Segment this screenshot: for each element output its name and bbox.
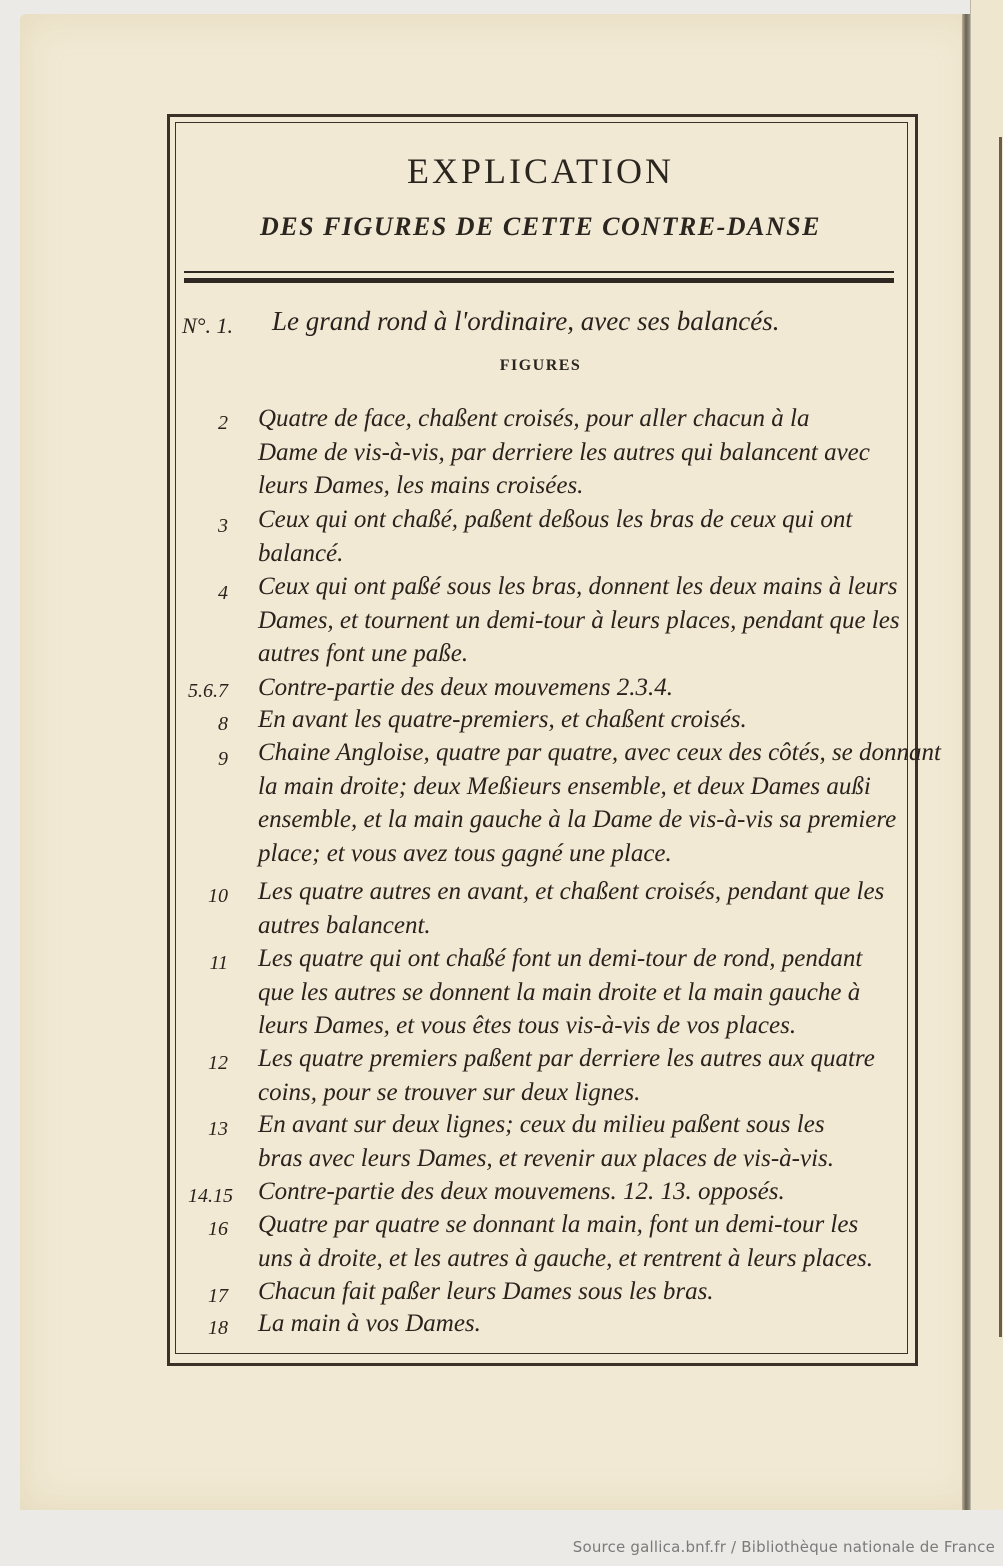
figure-line: leurs Dames, et vous êtes tous vis-à-vis…: [258, 1009, 862, 1043]
figure-line: Ceux qui ont chaßé, paßent deßous les br…: [258, 503, 852, 537]
figure-line: Contre-partie des deux mouvemens 2.3.4.: [258, 671, 673, 705]
figure-entry: Ceux qui ont chaßé, paßent deßous les br…: [258, 503, 852, 570]
source-attribution: Source gallica.bnf.fr / Bibliothèque nat…: [573, 1538, 995, 1556]
page-title: EXPLICATION: [175, 150, 906, 192]
figure-line: que les autres se donnent la main droite…: [258, 976, 862, 1010]
figure-entry: Contre-partie des deux mouvemens. 12. 13…: [258, 1175, 785, 1209]
book-spine: [962, 14, 970, 1510]
figure-line: La main à vos Dames.: [258, 1307, 481, 1341]
figure-line: En avant sur deux lignes; ceux du milieu…: [258, 1108, 834, 1142]
figure-line: leurs Dames, les mains croisées.: [258, 469, 870, 503]
figure-line: Ceux qui ont paßé sous les bras, donnent…: [258, 570, 900, 604]
intro-number: N°. 1.: [182, 313, 262, 339]
figure-line: Les quatre premiers paßent par derriere …: [258, 1042, 875, 1076]
figure-number: 3: [180, 515, 228, 538]
figure-number: 4: [180, 582, 228, 605]
figure-line: En avant les quatre-premiers, et chaßent…: [258, 703, 747, 737]
figure-entry: Chaine Angloise, quatre par quatre, avec…: [258, 736, 941, 870]
figure-line: Les quatre qui ont chaßé font un demi-to…: [258, 942, 862, 976]
figure-line: Les quatre autres en avant, et chaßent c…: [258, 875, 884, 909]
figure-line: Quatre par quatre se donnant la main, fo…: [258, 1208, 873, 1242]
figure-entry: La main à vos Dames.: [258, 1307, 481, 1341]
figure-line: autres balancent.: [258, 909, 884, 943]
figure-number: 2: [180, 412, 228, 435]
figure-number: 18: [180, 1317, 228, 1340]
figure-entry: Quatre de face, chaßent croisés, pour al…: [258, 402, 870, 503]
figure-number: 17: [180, 1285, 228, 1308]
figure-line: balancé.: [258, 537, 852, 571]
figure-number: 12: [180, 1052, 228, 1075]
figure-line: Dames, et tournent un demi-tour à leurs …: [258, 604, 900, 638]
adjacent-page-frame-line: [999, 137, 1002, 1337]
figures-heading: FIGURES: [175, 357, 906, 375]
figure-line: Quatre de face, chaßent croisés, pour al…: [258, 402, 870, 436]
divider-thin: [184, 271, 894, 273]
figure-number: 14.15: [188, 1185, 252, 1208]
figure-line: Contre-partie des deux mouvemens. 12. 13…: [258, 1175, 785, 1209]
figure-line: Dame de vis-à-vis, par derriere les autr…: [258, 436, 870, 470]
figure-line: Chacun fait paßer leurs Dames sous les b…: [258, 1275, 714, 1309]
intro-text: Le grand rond à l'ordinaire, avec ses ba…: [272, 305, 779, 339]
figure-number: 16: [180, 1218, 228, 1241]
figure-entry: Contre-partie des deux mouvemens 2.3.4.: [258, 671, 673, 705]
figure-entry: Les quatre premiers paßent par derriere …: [258, 1042, 875, 1109]
figure-line: place; et vous avez tous gagné une place…: [258, 837, 941, 871]
figure-line: bras avec leurs Dames, et revenir aux pl…: [258, 1142, 834, 1176]
page-subtitle: DES FIGURES DE CETTE CONTRE-DANSE: [175, 212, 906, 242]
figure-number: 8: [180, 713, 228, 736]
figure-line: Chaine Angloise, quatre par quatre, avec…: [258, 736, 941, 770]
divider-thick: [184, 278, 894, 283]
figure-number: 5.6.7: [188, 680, 252, 703]
figure-line: autres font une paße.: [258, 637, 900, 671]
figure-line: coins, pour se trouver sur deux lignes.: [258, 1076, 875, 1110]
figure-entry: Les quatre autres en avant, et chaßent c…: [258, 875, 884, 942]
figure-entry: Chacun fait paßer leurs Dames sous les b…: [258, 1275, 714, 1309]
figure-line: ensemble, et la main gauche à la Dame de…: [258, 803, 941, 837]
figure-number: 10: [180, 885, 228, 908]
figure-entry: En avant les quatre-premiers, et chaßent…: [258, 703, 747, 737]
figure-entry: Quatre par quatre se donnant la main, fo…: [258, 1208, 873, 1275]
figure-line: uns à droite, et les autres à gauche, et…: [258, 1242, 873, 1276]
figure-number: 9: [180, 748, 228, 771]
figure-line: la main droite; deux Meßieurs ensemble, …: [258, 770, 941, 804]
figure-entry: En avant sur deux lignes; ceux du milieu…: [258, 1108, 834, 1175]
figure-number: 13: [180, 1118, 228, 1141]
figure-entry: Ceux qui ont paßé sous les bras, donnent…: [258, 570, 900, 671]
figure-entry: Les quatre qui ont chaßé font un demi-to…: [258, 942, 862, 1043]
figure-number: 11: [180, 952, 228, 975]
